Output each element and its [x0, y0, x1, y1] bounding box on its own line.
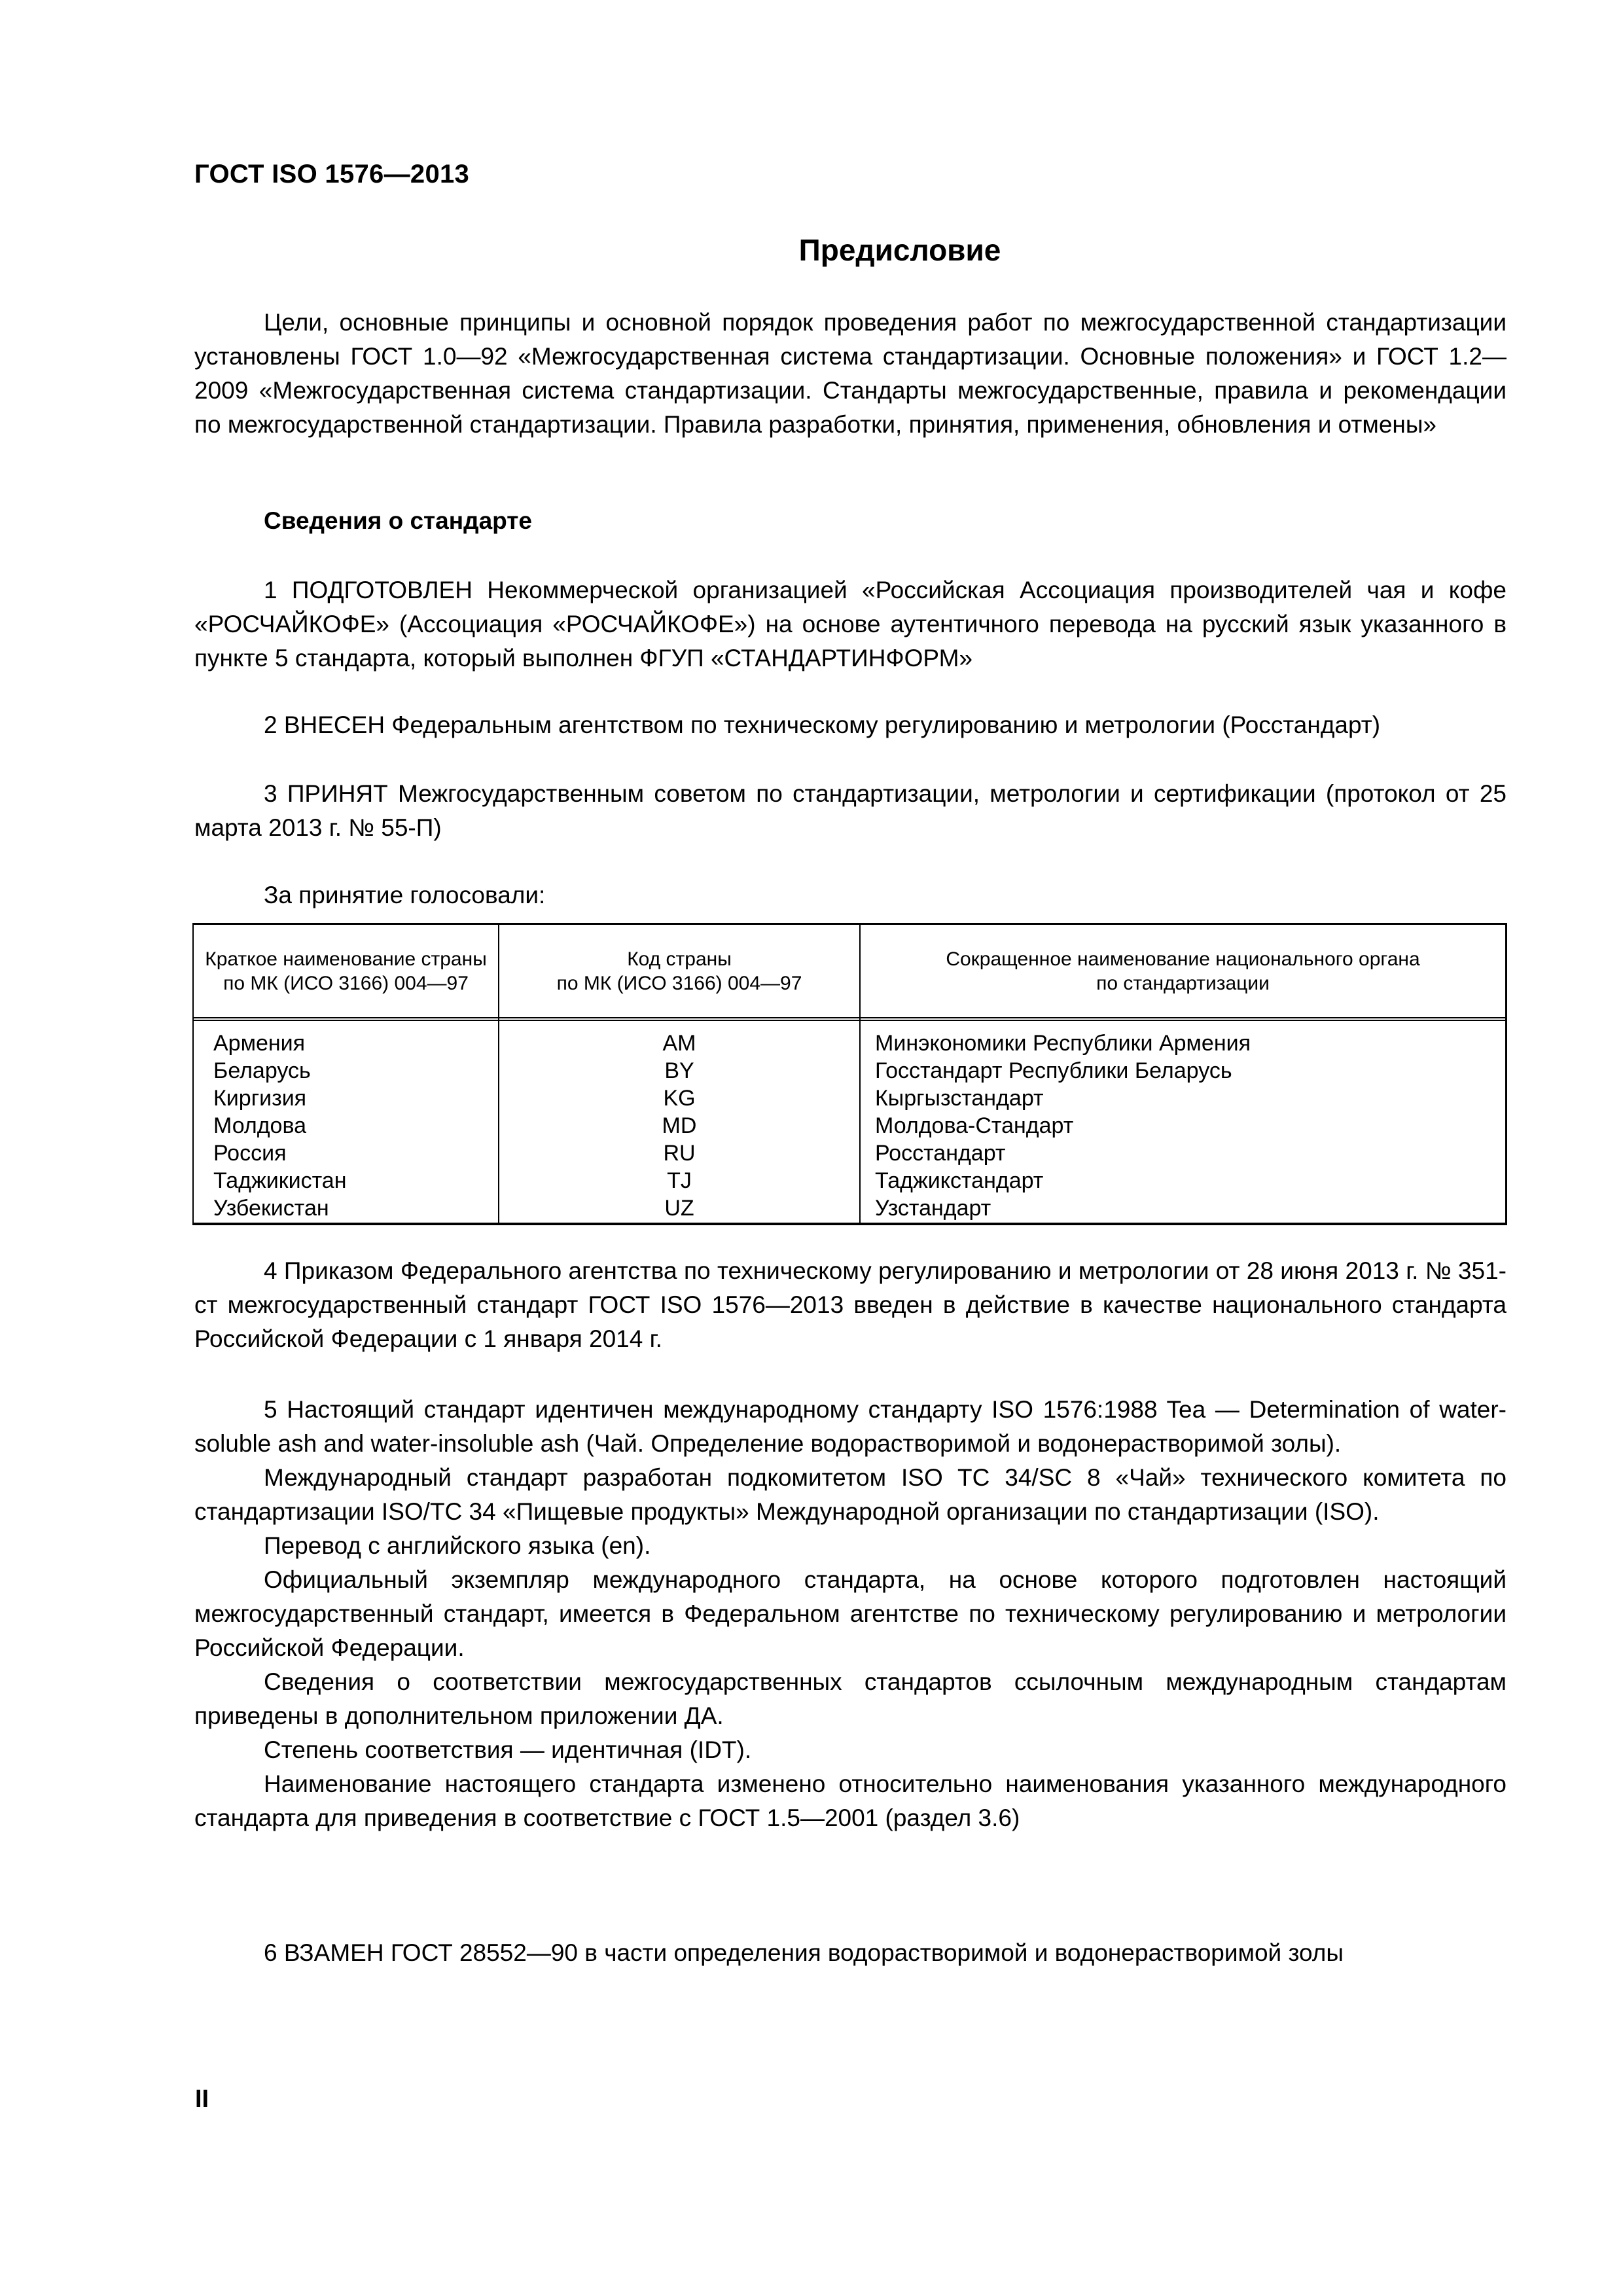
table-cell-country: Таджикистан [213, 1167, 346, 1194]
table-cell-code: AM [499, 1030, 859, 1057]
table-cell-country: Россия [213, 1139, 346, 1167]
item-1: 1 ПОДГОТОВЛЕН Некоммерческой организацие… [194, 573, 1507, 675]
page-number: II [195, 2085, 209, 2113]
table-cell-body: Росстандарт [875, 1139, 1251, 1167]
intro-paragraph: Цели, основные принципы и основной поряд… [194, 306, 1507, 442]
table-cell-body: Молдова-Стандарт [875, 1112, 1251, 1139]
item-3-lead: 3 ПРИНЯТ [264, 780, 388, 807]
vote-label: За принятие голосовали: [194, 878, 1507, 912]
item-5: 5 Настоящий стандарт идентичен междунаро… [194, 1393, 1507, 1835]
item-5-para: Степень соответствия — идентичная (IDT). [194, 1733, 1507, 1767]
item-2-lead: 2 ВНЕСЕН [264, 711, 385, 738]
vote-label-block: За принятие голосовали: [194, 878, 1507, 912]
table-cell-country: Узбекистан [213, 1194, 346, 1222]
table-cell-code: TJ [499, 1167, 859, 1194]
item-5-para: Перевод с английского языка (en). [194, 1529, 1507, 1563]
header-code: Код страны по МК (ИСО 3166) 004—97 [499, 925, 859, 1017]
item-6: 6 ВЗАМЕН ГОСТ 28552—90 в части определен… [194, 1936, 1507, 1970]
table-cell-body: Таджикстандарт [875, 1167, 1251, 1194]
table-cell-body: Узстандарт [875, 1194, 1251, 1222]
item-2: 2 ВНЕСЕН Федеральным агентством по техни… [194, 708, 1507, 742]
table-cell-country: Беларусь [213, 1057, 346, 1085]
header-country: Краткое наименование страны по МК (ИСО 3… [194, 925, 498, 1017]
item-5-para: Международный стандарт разработан подком… [194, 1461, 1507, 1529]
page-title: Предисловие [0, 232, 1623, 268]
item-2-text: Федеральным агентством по техническому р… [385, 711, 1380, 738]
item-4-text: 4 Приказом Федерального агентства по тех… [194, 1254, 1507, 1356]
section-heading-block: Сведения о стандарте [194, 504, 1507, 538]
section-heading: Сведения о стандарте [194, 504, 1507, 538]
table-cell-body: Кыргызстандарт [875, 1085, 1251, 1112]
item-3: 3 ПРИНЯТ Межгосударственным советом по с… [194, 777, 1507, 845]
item-5-para: Официальный экземпляр международного ста… [194, 1563, 1507, 1665]
code-column: AMBYKGMDRUTJUZ [499, 1030, 859, 1222]
table-cell-body: Госстандарт Республики Беларусь [875, 1057, 1251, 1085]
table-cell-code: RU [499, 1139, 859, 1167]
item-1-lead: 1 ПОДГОТОВЛЕН [264, 577, 473, 603]
voting-table: Краткое наименование страны по МК (ИСО 3… [192, 923, 1507, 1225]
item-5-para: Наименование настоящего стандарта измене… [194, 1767, 1507, 1835]
table-cell-country: Молдова [213, 1112, 346, 1139]
header-double-rule [194, 1017, 1505, 1021]
intro-text: Цели, основные принципы и основной поряд… [194, 306, 1507, 442]
header-body: Сокращенное наименование национального о… [861, 925, 1505, 1017]
body-column: Минэкономики Республики АрменияГосстанда… [875, 1030, 1251, 1222]
item-6-text: 6 ВЗАМЕН ГОСТ 28552—90 в части определен… [194, 1936, 1507, 1970]
table-cell-code: KG [499, 1085, 859, 1112]
item-5-para: 5 Настоящий стандарт идентичен междунаро… [194, 1393, 1507, 1461]
item-4: 4 Приказом Федерального агентства по тех… [194, 1254, 1507, 1356]
table-cell-body: Минэкономики Республики Армения [875, 1030, 1251, 1057]
running-head: ГОСТ ISO 1576—2013 [194, 160, 469, 189]
table-cell-code: BY [499, 1057, 859, 1085]
table-cell-country: Киргизия [213, 1085, 346, 1112]
table-cell-code: UZ [499, 1194, 859, 1222]
table-cell-code: MD [499, 1112, 859, 1139]
table-cell-country: Армения [213, 1030, 346, 1057]
item-3-text: Межгосударственным советом по стандартиз… [194, 780, 1507, 841]
item-5-para: Сведения о соответствии межгосударственн… [194, 1665, 1507, 1733]
country-column: АрменияБеларусьКиргизияМолдоваРоссияТадж… [213, 1030, 346, 1222]
